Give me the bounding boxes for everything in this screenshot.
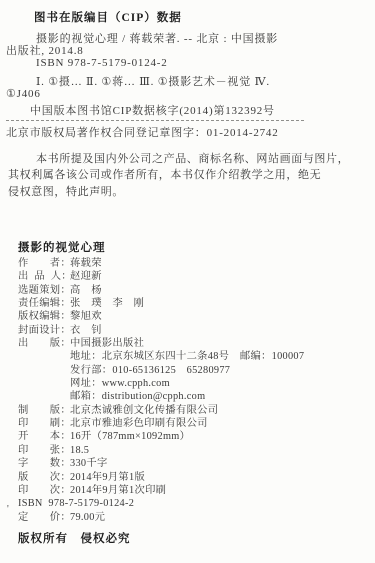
dashed-divider — [6, 120, 304, 121]
row-label: 开 本： — [18, 430, 70, 443]
cip-header: 图书在版编目（CIP）数据 — [34, 12, 182, 25]
colophon-block: 摄影的视觉心理 作 者：蒋载荣 出 品 人：赵迎新 选题策划：高 杨 责任编辑：… — [18, 241, 304, 524]
row-value: 2014年9月第1次印刷 — [70, 485, 166, 496]
colophon-row-sheets: 印 张：18.5 — [18, 444, 304, 457]
row-value: 邮箱：distribution@cpph.com — [70, 391, 205, 402]
colophon-row-rights-editor: 版权编辑：黎旭欢 — [18, 310, 304, 323]
row-label: 作 者： — [18, 257, 70, 270]
row-value: 蒋载荣 — [70, 258, 102, 269]
row-value: 16开（787mm×1092mm） — [70, 431, 190, 442]
disclaimer-line2: 其权利属各该公司或作者所有，本书仅作介绍教学之用，绝无 — [8, 169, 321, 182]
row-value: 网址：www.cpph.com — [70, 378, 170, 389]
row-value: 高 杨 — [70, 285, 102, 296]
row-label: 出 版： — [18, 337, 70, 350]
row-label: 版权编辑： — [18, 310, 70, 323]
row-value: 黎旭欢 — [70, 311, 102, 322]
row-value: 中国摄影出版社 — [70, 338, 144, 349]
row-label: 版 次： — [18, 471, 70, 484]
cip-classification-line1: Ⅰ. ①摄… Ⅱ. ①蒋… Ⅲ. ①摄影艺术－视觉 Ⅳ. — [36, 76, 270, 89]
colophon-row-topic-planner: 选题策划：高 杨 — [18, 284, 304, 297]
colophon-row-website: 网址：www.cpph.com — [18, 377, 304, 390]
row-label: 定 价： — [18, 511, 70, 524]
row-label: 责任编辑： — [18, 297, 70, 310]
row-label: 选题策划： — [18, 284, 70, 297]
colophon-row-isbn: ISBN 978-7-5179-0124-2 — [18, 497, 304, 510]
colophon-row-editors: 责任编辑：张 璞 李 刚 — [18, 297, 304, 310]
row-label: ISBN — [18, 497, 48, 510]
colophon-row-distribution-phone: 发行部：010-65136125 65280977 — [18, 364, 304, 377]
cip-entry-isbn: ISBN 978-7-5179-0124-2 — [36, 57, 168, 70]
row-value: 330千字 — [70, 458, 108, 469]
colophon-row-producer: 出 品 人：赵迎新 — [18, 270, 304, 283]
row-label: 字 数： — [18, 457, 70, 470]
copyright-statement: 版权所有 侵权必究 — [18, 532, 131, 546]
row-value: 北京市雅迪彩色印刷有限公司 — [70, 418, 208, 429]
colophon-row-word-count: 字 数：330千字 — [18, 457, 304, 470]
row-value: 衣 钊 — [70, 325, 102, 336]
print-artifact-mark: ' — [7, 504, 9, 515]
row-label: 印 次： — [18, 484, 70, 497]
row-label: 印 刷： — [18, 417, 70, 430]
colophon-row-printer: 印 刷：北京市雅迪彩色印刷有限公司 — [18, 417, 304, 430]
row-value: 张 璞 李 刚 — [70, 298, 144, 309]
copyright-license-number: 北京市版权局著作权合同登记章图字：01-2014-2742 — [6, 127, 279, 140]
colophon-row-publisher: 出 版：中国摄影出版社 — [18, 337, 304, 350]
book-copyright-page: 图书在版编目（CIP）数据 摄影的视觉心理 / 蒋载荣著. -- 北京 : 中国… — [0, 0, 375, 563]
row-value: 79.00元 — [70, 512, 105, 523]
row-value: 18.5 — [70, 445, 89, 456]
row-label: 封面设计： — [18, 324, 70, 337]
disclaimer-line3: 侵权意图，特此声明。 — [8, 186, 124, 199]
colophon-row-cover-design: 封面设计：衣 钊 — [18, 324, 304, 337]
row-value: 978-7-5179-0124-2 — [48, 498, 134, 509]
colophon-rows: 作 者：蒋载荣 出 品 人：赵迎新 选题策划：高 杨 责任编辑：张 璞 李 刚 … — [18, 257, 304, 524]
colophon-row-email: 邮箱：distribution@cpph.com — [18, 390, 304, 403]
colophon-row-price: 定 价：79.00元 — [18, 511, 304, 524]
colophon-row-address: 地址：北京东城区东四十二条48号 邮编：100007 — [18, 350, 304, 363]
row-label: 出 品 人： — [18, 270, 70, 283]
row-value: 2014年9月第1版 — [70, 472, 145, 483]
disclaimer-line1: 本书所提及国内外公司之产品、商标名称、网站画面与图片， — [36, 153, 349, 166]
row-label: 印 张： — [18, 444, 70, 457]
colophon-row-format: 开 本：16开（787mm×1092mm） — [18, 430, 304, 443]
book-title: 摄影的视觉心理 — [18, 241, 304, 256]
cip-classification-line2: ①J406 — [6, 88, 41, 101]
colophon-row-edition: 版 次：2014年9月第1版 — [18, 471, 304, 484]
row-value: 北京杰诚雅创文化传播有限公司 — [70, 405, 218, 416]
colophon-row-printing: 印 次：2014年9月第1次印刷 — [18, 484, 304, 497]
row-value: 发行部：010-65136125 65280977 — [70, 365, 230, 376]
row-label: 制 版： — [18, 404, 70, 417]
row-value: 地址：北京东城区东四十二条48号 邮编：100007 — [70, 351, 304, 362]
cip-record-number: 中国版本图书馆CIP数据核字(2014)第132392号 — [30, 105, 275, 118]
colophon-row-plate-making: 制 版：北京杰诚雅创文化传播有限公司 — [18, 404, 304, 417]
colophon-row-author: 作 者：蒋载荣 — [18, 257, 304, 270]
row-value: 赵迎新 — [70, 271, 102, 282]
